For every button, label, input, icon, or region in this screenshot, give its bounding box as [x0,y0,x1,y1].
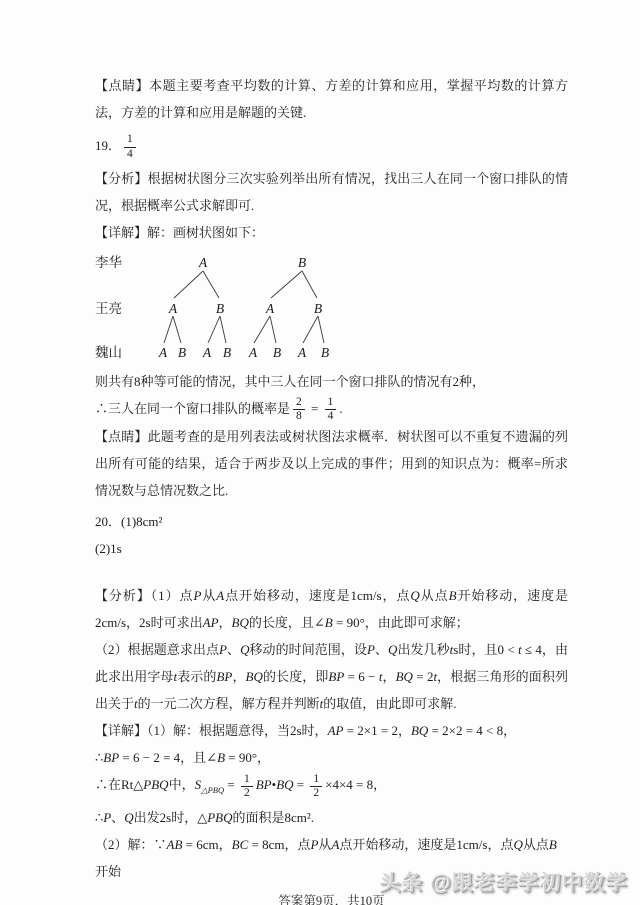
remark-paragraph-q19: 【点睛】此题考查的是用列表法或树状图法求概率．树状图可以不重复不遗漏的列出所有可… [95,423,568,504]
tree-row-label: 王亮 [95,301,122,316]
solution-q20-step2: ∴BP = 6 − 2 = 4，且∠B = 90°， [95,744,568,771]
document-page: 【点睛】本题主要考查平均数的计算、方差的计算和应用，掌握平均数的计算方法，方差的… [0,0,640,905]
tree-branch-line [173,316,181,343]
tree-node: A [202,345,212,360]
tree-branch-line [164,316,173,343]
tree-branch-line [302,271,317,298]
solution-intro-q19: 【详解】解：画树状图如下： [95,219,568,246]
solution-q20-step4: ∴P、Q出发2s时，△PBQ的面积是8cm². [95,804,568,831]
answer-q20-part1: 20．(1)8cm² [95,508,568,535]
answer-q20-part2: (2)1s [95,535,568,562]
tree-diagram: 李华 王亮 魏山 A B A B A B A B A B A B A B [95,252,568,362]
tree-node: B [314,301,322,316]
analysis-q20-part1: 【分析】（1）点P从A点开始移动，速度是1cm/s，点Q从点B开始移动，速度是2… [95,582,568,636]
tree-node: A [168,301,178,316]
tree-node: B [321,345,329,360]
tree-branch-line [220,316,226,343]
solution-q20-step1: 【详解】（1）解：根据题意得，当2s时，AP = 2×1 = 2，BQ = 2×… [95,717,568,744]
tree-node: B [216,301,224,316]
analysis-q20-part2: （2）根据题意求出点P、Q移动的时间范围，设P、Q出发几秒ts时，且0 < t … [95,636,568,717]
tree-node: A [265,301,275,316]
tree-row-label: 李华 [95,254,122,270]
outcome-count-line: 则共有8种等可能的情况，其中三人在同一个窗口排队的情况有2种， [95,368,568,395]
tree-branch-line [318,316,324,343]
tree-node: B [178,345,186,360]
solution-q20-step3: ∴在Rt△PBQ中，S△PBQ = 12BP•BQ = 12×4×4 = 8， [95,771,568,804]
tree-node: B [273,345,281,360]
tree-branch-line [208,316,220,343]
tree-branch-line [254,316,270,343]
tree-node: A [198,255,208,270]
probability-line: ∴三人在同一个窗口排队的概率是28 = 14. [95,395,568,424]
tree-branch-line [174,271,203,298]
tree-node: A [158,345,168,360]
tree-node: B [298,255,306,270]
remark-paragraph-q18: 【点睛】本题主要考查平均数的计算、方差的计算和应用，掌握平均数的计算方法，方差的… [95,72,568,126]
tree-branch-line [203,271,219,298]
tree-diagram-svg: 李华 王亮 魏山 A B A B A B A B A B A B A B [95,252,345,362]
tree-row-label: 魏山 [95,345,122,360]
answer-q19: 19．14 [95,132,568,161]
tree-node: B [223,345,231,360]
analysis-q19: 【分析】根据树状图分三次实验列举出所有情况，找出三人在同一个窗口排队的情况，根据… [95,165,568,219]
answer-content: 【点睛】本题主要考查平均数的计算、方差的计算和应用，掌握平均数的计算方法，方差的… [0,0,640,905]
tree-branch-line [303,316,318,343]
watermark: 头条 @跟老李学初中数学 [380,867,628,897]
tree-branch-line [271,271,302,298]
tree-node: A [248,345,258,360]
tree-branch-line [270,316,276,343]
tree-node: A [297,345,307,360]
